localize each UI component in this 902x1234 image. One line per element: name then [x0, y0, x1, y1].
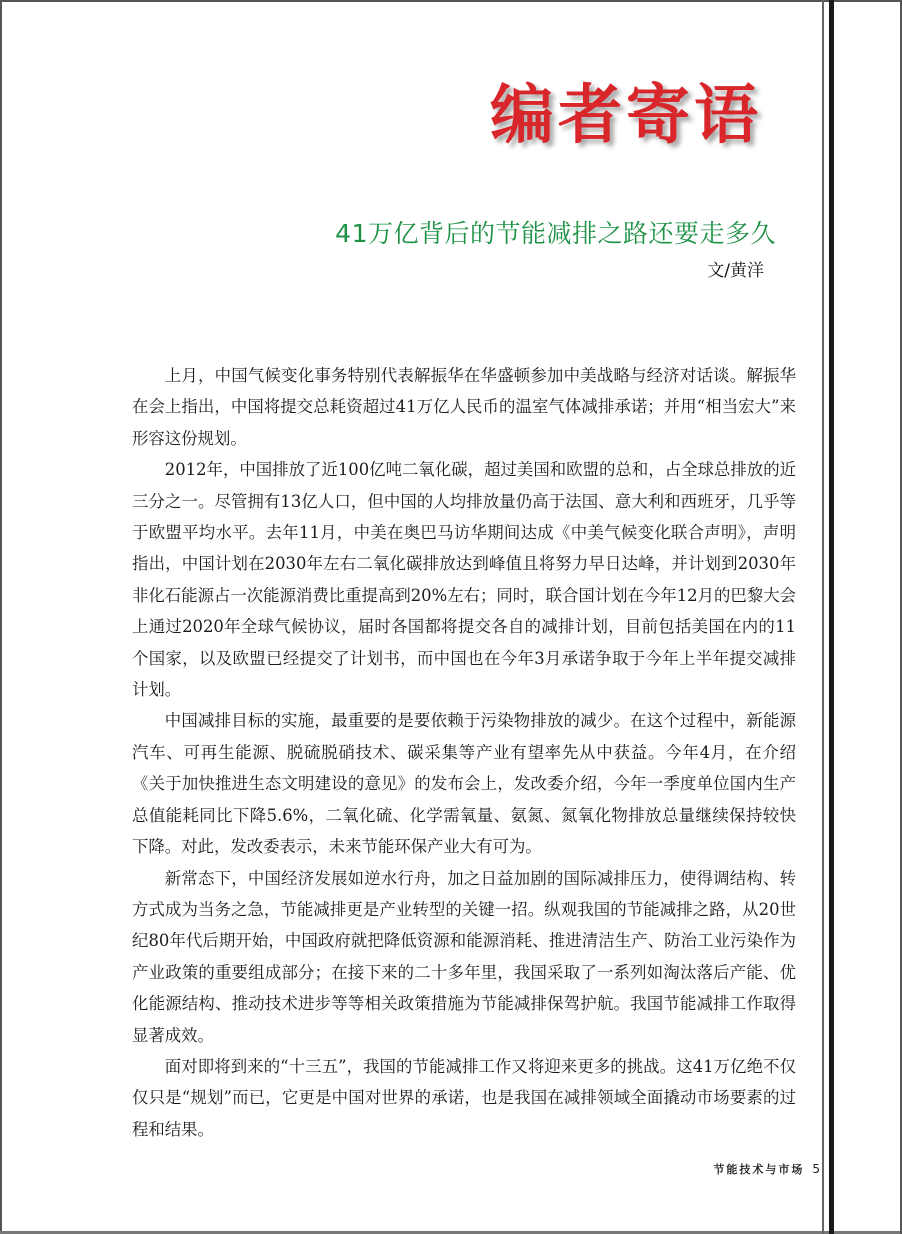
vertical-rule-thin	[822, 0, 824, 1234]
page-footer: 节能技术与市场5	[713, 1161, 820, 1177]
article-paragraph: 中国减排目标的实施，最重要的是要依赖于污染物排放的减少。在这个过程中，新能源汽车…	[132, 705, 796, 862]
article-byline: 文/黄洋	[707, 256, 764, 281]
article-paragraph: 上月，中国气候变化事务特别代表解振华在华盛顿参加中美战略与经济对话谈。解振华在会…	[132, 360, 796, 454]
page-border-left	[0, 0, 2, 1234]
publication-name: 节能技术与市场	[713, 1163, 804, 1176]
article-paragraph: 2012年，中国排放了近100亿吨二氧化碳，超过美国和欧盟的总和，占全球总排放的…	[132, 454, 796, 705]
article-headline: 41万亿背后的节能减排之路还要走多久	[335, 214, 776, 250]
article-paragraph: 新常态下，中国经济发展如逆水行舟，加之日益加剧的国际减排压力，使得调结构、转方式…	[132, 863, 796, 1051]
page-number: 5	[812, 1162, 820, 1176]
article-paragraph: 面对即将到来的“十三五”，我国的节能减排工作又将迎来更多的挑战。这41万亿绝不仅…	[132, 1051, 796, 1145]
vertical-rule-thick	[829, 0, 834, 1234]
page-border-top	[0, 0, 902, 2]
article-body: 上月，中国气候变化事务特别代表解振华在华盛顿参加中美战略与经济对话谈。解振华在会…	[132, 360, 796, 1145]
section-masthead: 编者寄语	[490, 84, 762, 148]
